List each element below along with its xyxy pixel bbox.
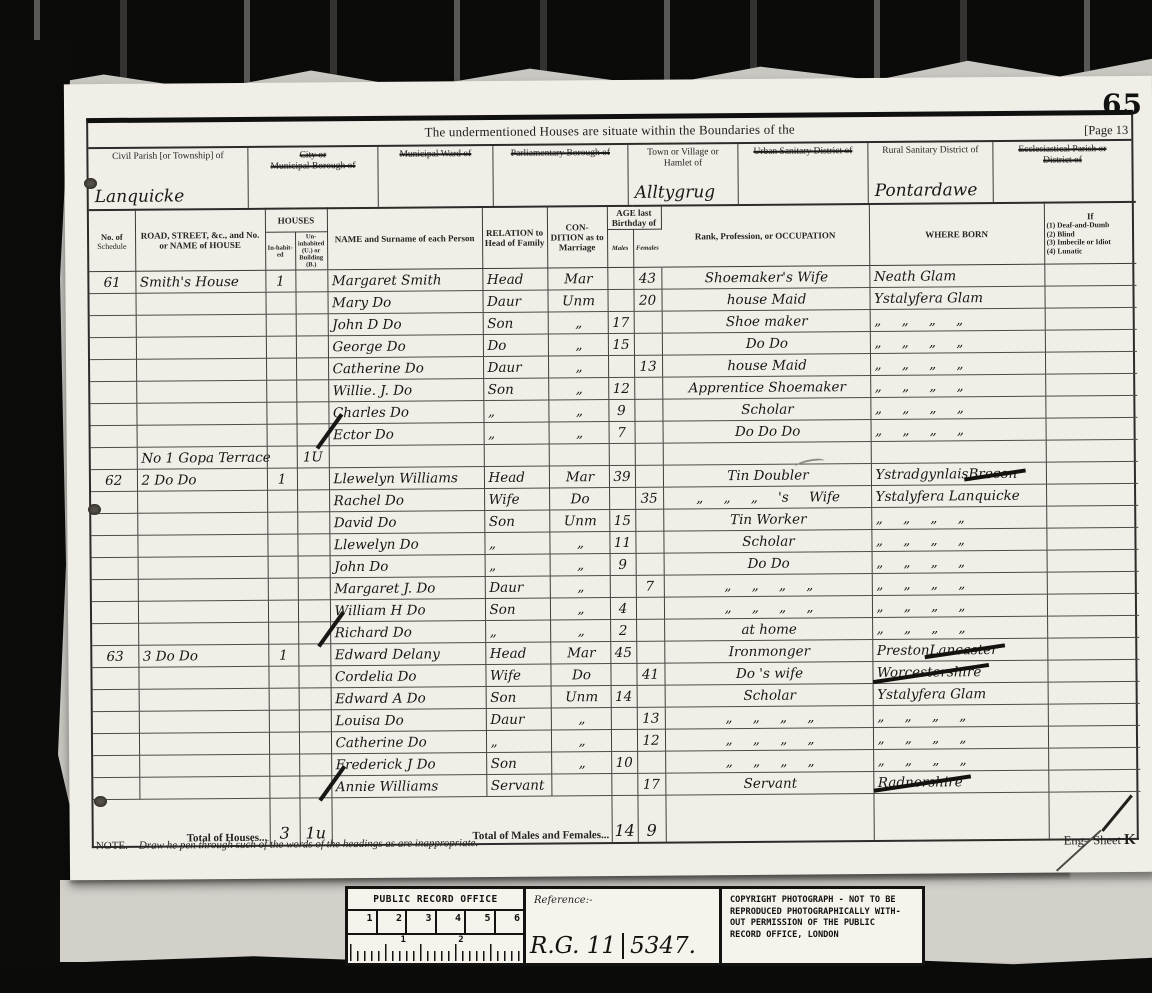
cell-occupation: Scholar — [662, 397, 870, 421]
cell-schedule-number — [92, 557, 138, 579]
cell-where-born: Ystradgynlais Brecon — [871, 462, 1046, 485]
census-form-paper: The undermentioned Houses are situate wi… — [64, 76, 1152, 881]
copyright-line: COPYRIGHT PHOTOGRAPH - NOT TO BE — [730, 895, 918, 907]
cell-age-female: 13 — [634, 355, 662, 377]
cell-occupation: Do 's wife — [664, 661, 872, 685]
sheet-label: Eng– Sheet K — [1064, 832, 1136, 850]
hole-punch — [84, 178, 97, 189]
cell-relation: Son — [484, 510, 549, 533]
cell-where-born: Ystalyfera Glam — [873, 682, 1048, 705]
cell-inhabited — [269, 710, 299, 732]
cell-occupation: „ „ „ „ — [665, 749, 873, 773]
cell-occupation: house Maid — [662, 287, 870, 311]
cell-road-street — [138, 622, 268, 645]
cell-name: George Do — [328, 335, 483, 358]
census-table: No. of Schedule ROAD, STREET, &c., and N… — [89, 201, 1141, 846]
cell-age-male: 4 — [610, 597, 636, 619]
cell-where-born — [871, 440, 1046, 463]
census-form: The undermentioned Houses are situate wi… — [86, 110, 1139, 848]
cell-age-female — [634, 333, 662, 355]
cell-age-male: 9 — [610, 553, 636, 575]
cell-name: Catherine Do — [328, 357, 483, 380]
cell-relation: Daur — [483, 356, 548, 379]
cell-occupation: Ironmonger — [664, 639, 872, 663]
district-label: Parliamentary Borough of — [493, 148, 627, 160]
header-uninhabited: Un-inhabited (U.) or Building (B.) — [295, 232, 327, 270]
cell-age-female: 17 — [637, 773, 665, 795]
cell-relation: Son — [483, 312, 548, 335]
cell-age-female — [634, 377, 662, 399]
copyright-line: REPRODUCED PHOTOGRAPHICALLY WITH- — [730, 907, 918, 919]
cell-road-street: No 1 Gopa Terrace — [137, 446, 267, 469]
cell-where-born: „ „ „ „ — [870, 396, 1045, 419]
cell-relation: „ — [485, 620, 550, 643]
cell-age-female: 7 — [636, 575, 664, 597]
cell-age-male: 10 — [611, 751, 637, 773]
header-females: Females — [633, 229, 661, 267]
header-occupation: Rank, Profession, or OCCUPATION — [661, 204, 869, 267]
public-record-office-stamp: PUBLIC RECORD OFFICE 123456 12 Reference… — [345, 886, 925, 966]
cell-condition: „ — [548, 356, 608, 378]
cell-condition: Mar — [550, 642, 610, 664]
cell-condition: „ — [549, 532, 609, 554]
cell-inhabited — [268, 622, 298, 644]
cell-schedule-number — [91, 535, 137, 557]
copyright-line: OUT PERMISSION OF THE PUBLIC — [730, 918, 918, 930]
district-handwritten-value — [1000, 199, 1130, 200]
cell-occupation: Do Do Do — [663, 419, 871, 443]
cell-infirmities — [1045, 329, 1137, 352]
cell-where-born: „ „ „ „ — [870, 330, 1045, 353]
cell-schedule-number — [91, 425, 137, 447]
cell-inhabited: 1 — [268, 644, 298, 666]
cell-inhabited — [267, 490, 297, 512]
cell-infirmities — [1046, 417, 1138, 440]
cell-inhabited — [266, 402, 296, 424]
cell-inhabited — [269, 754, 299, 776]
cell-name: Ector Do — [329, 423, 484, 446]
district-handwritten-value — [385, 204, 491, 205]
cell-schedule-number — [91, 513, 137, 535]
cell-relation: Head — [482, 268, 547, 291]
cell-inhabited — [269, 732, 299, 754]
cell-age-male — [610, 663, 636, 685]
cell-condition: „ — [551, 708, 611, 730]
cell-road-street — [139, 732, 269, 755]
cell-name: Mary Do — [327, 291, 482, 314]
cell-infirmities — [1048, 769, 1140, 792]
cell-name: Llewelyn Williams — [329, 467, 484, 490]
cell-inhabited — [268, 600, 298, 622]
cell-age-female — [634, 311, 662, 333]
cell-age-male: 15 — [608, 333, 634, 355]
cell-where-born: „ „ „ „ — [872, 550, 1047, 573]
cell-infirmities — [1046, 505, 1138, 528]
cell-occupation: Shoe maker — [662, 309, 870, 333]
reference-number: R.G. 11 5347. — [530, 933, 696, 959]
cell-where-born: Neath Glam — [869, 264, 1044, 287]
cell-age-female — [636, 619, 664, 641]
district-label: Urban Sanitary District of — [738, 146, 867, 158]
cell-occupation: „ „ „ „ — [664, 595, 872, 619]
cell-occupation: Tin Worker — [663, 507, 871, 531]
cell-occupation: „ „ „ „ — [664, 573, 872, 597]
pro-reference: Reference:- R.G. 11 5347. — [526, 889, 722, 963]
district-label: District of — [993, 155, 1131, 167]
cell-where-born: Worcestershire — [872, 660, 1047, 683]
cell-age-male: 11 — [609, 531, 635, 553]
cell-road-street — [139, 754, 269, 777]
cell-relation: Son — [486, 686, 551, 709]
district-header-cell: Civil Parish [or Township] of Lanquicke — [88, 148, 248, 209]
cell-inhabited — [268, 578, 298, 600]
cell-road-street: Smith's House — [135, 270, 265, 293]
cell-age-female — [635, 443, 663, 465]
cell-schedule-number — [92, 667, 138, 689]
cell-condition: „ — [550, 554, 610, 576]
cell-inhabited — [268, 556, 298, 578]
header-relation: RELATION to Head of Family — [482, 207, 547, 269]
cell-condition: „ — [548, 400, 608, 422]
cell-condition: Unm — [547, 290, 607, 312]
cell-where-born: „ „ „ „ — [870, 308, 1045, 331]
cell-relation: Do — [483, 334, 548, 357]
cell-age-male — [611, 707, 637, 729]
cell-schedule-number — [93, 689, 139, 711]
cell-age-female: 43 — [633, 267, 661, 289]
cell-relation: Son — [486, 752, 551, 775]
cell-road-street — [139, 688, 269, 711]
cell-relation: Head — [485, 642, 550, 665]
cell-age-male: 7 — [609, 421, 635, 443]
cell-road-street — [137, 534, 267, 557]
cell-name: Louisa Do — [331, 709, 486, 732]
cell-name: Catherine Do — [331, 731, 486, 754]
footnote: NOTE.—Draw he pen through such of the wo… — [96, 837, 479, 857]
cell-inhabited — [269, 688, 299, 710]
cell-age-male: 15 — [609, 509, 635, 531]
cell-condition: „ — [550, 576, 610, 598]
district-handwritten-value — [745, 201, 866, 202]
cell-inhabited — [267, 424, 297, 446]
cell-condition: Do — [550, 664, 610, 686]
cell-infirmities — [1047, 637, 1139, 660]
cell-infirmities — [1047, 571, 1139, 594]
cell-road-street — [138, 578, 268, 601]
cell-uninhabited — [299, 688, 331, 710]
cell-infirmities — [1045, 351, 1137, 374]
header-where-born: WHERE BORN — [869, 203, 1044, 266]
cell-road-street — [137, 490, 267, 513]
reference-label: Reference:- — [534, 895, 592, 906]
cell-infirmities — [1045, 373, 1137, 396]
cell-occupation: Apprentice Shoemaker — [662, 375, 870, 399]
district-handwritten-value: Lanquicke — [95, 186, 246, 207]
cell-where-born: Ystalyfera Lanquicke — [871, 484, 1046, 507]
cell-age-female — [637, 751, 665, 773]
cell-age-female — [636, 553, 664, 575]
cell-where-born: Ystalyfera Glam — [869, 286, 1044, 309]
cell-schedule-number — [90, 359, 136, 381]
cell-schedule-number: 62 — [91, 469, 137, 491]
cell-uninhabited — [296, 314, 328, 336]
pro-title: PUBLIC RECORD OFFICE — [348, 889, 523, 911]
cell-age-male: 2 — [610, 619, 636, 641]
cell-relation: Head — [484, 466, 549, 489]
cell-condition: „ — [548, 334, 608, 356]
cell-occupation: Servant — [665, 771, 873, 795]
cell-where-born: Preston Lancaster — [872, 638, 1047, 661]
header-name: NAME and Surname of each Person — [327, 207, 482, 270]
cell-uninhabited — [296, 336, 328, 358]
cell-infirmities — [1044, 285, 1136, 308]
district-header: Civil Parish [or Township] of Lanquicke … — [88, 139, 1131, 209]
cell-age-male: 39 — [609, 465, 635, 487]
copyright-line: RECORD OFFICE, LONDON — [730, 930, 918, 942]
cell-schedule-number — [90, 403, 136, 425]
cell-age-male: 12 — [608, 377, 634, 399]
header-houses: HOUSES — [265, 208, 327, 232]
cell-relation: Servant — [486, 774, 551, 797]
cell-name: Rachel Do — [329, 489, 484, 512]
district-label: Rural Sanitary District of — [868, 145, 992, 157]
district-label: Hamlet of — [628, 158, 737, 170]
cell-name: Margaret Smith — [327, 269, 482, 292]
cell-age-male — [611, 729, 637, 751]
cell-inhabited — [265, 292, 295, 314]
cell-inhabited — [266, 358, 296, 380]
cell-relation: „ — [485, 554, 550, 577]
cell-inhabited — [266, 380, 296, 402]
cell-schedule-number: 63 — [92, 645, 138, 667]
cell-where-born: „ „ „ „ — [871, 418, 1046, 441]
cell-condition: „ — [548, 312, 608, 334]
header-infirmities: If (1) Deaf-and-Dumb (2) Blind (3) Imbec… — [1044, 202, 1136, 264]
cell-road-street — [139, 776, 269, 799]
cell-condition: „ — [550, 620, 610, 642]
cell-where-born: „ „ „ „ — [871, 528, 1046, 551]
cell-uninhabited — [299, 710, 331, 732]
cell-name: Llewelyn Do — [329, 533, 484, 556]
cell-age-female — [635, 421, 663, 443]
district-header-cell: Town or Village or Hamlet of Alltygrug — [628, 144, 738, 205]
cell-uninhabited — [298, 578, 330, 600]
cell-infirmities — [1048, 725, 1140, 748]
cell-condition: Mar — [547, 268, 607, 290]
cell-where-born: „ „ „ „ — [870, 352, 1045, 375]
district-header-cell: Ecclesiastical Parish or District of — [993, 141, 1131, 202]
cell-uninhabited — [298, 644, 330, 666]
cell-infirmities — [1048, 703, 1140, 726]
cell-age-female — [635, 531, 663, 553]
cell-uninhabited — [299, 754, 331, 776]
scanned-census-page: The undermentioned Houses are situate wi… — [0, 0, 1152, 993]
total-houses-inhabited: 3 — [269, 798, 299, 844]
cell-occupation: „ „ „ „ — [665, 727, 873, 751]
cell-infirmities — [1046, 439, 1138, 462]
cell-where-born: „ „ „ „ — [873, 704, 1048, 727]
cell-condition: „ — [549, 422, 609, 444]
district-handwritten-value: Pontardawe — [875, 180, 991, 201]
cell-road-street: 3 Do Do — [138, 644, 268, 667]
census-rows: 61 Smith's House 1 Margaret Smith Head M… — [89, 263, 1140, 799]
cell-inhabited — [267, 512, 297, 534]
cell-name — [329, 445, 484, 468]
cell-condition: Do — [549, 488, 609, 510]
cell-where-born: „ „ „ „ — [870, 374, 1045, 397]
cell-schedule-number — [89, 293, 135, 315]
cell-inhabited: 1 — [267, 468, 297, 490]
cell-infirmities — [1046, 527, 1138, 550]
cell-road-street — [136, 402, 266, 425]
header-age: AGE last Birthday of — [607, 206, 661, 230]
cell-name: William H Do — [330, 599, 485, 622]
cell-uninhabited — [296, 402, 328, 424]
cell-condition: Unm — [549, 510, 609, 532]
total-females: 9 — [637, 795, 665, 841]
total-males: 14 — [611, 795, 637, 841]
cell-age-female: 35 — [635, 487, 663, 509]
cell-name: Margaret J. Do — [330, 577, 485, 600]
cell-road-street — [136, 358, 266, 381]
hole-punch — [94, 796, 107, 807]
cell-where-born: „ „ „ „ — [872, 572, 1047, 595]
cell-age-male — [608, 355, 634, 377]
cell-occupation: house Maid — [662, 353, 870, 377]
cell-condition: „ — [548, 378, 608, 400]
cell-uninhabited — [297, 468, 329, 490]
cell-age-male — [609, 443, 635, 465]
header-road: ROAD, STREET, &c., and No. or NAME of HO… — [135, 209, 265, 272]
cell-infirmities — [1047, 659, 1139, 682]
cell-road-street: 2 Do Do — [137, 468, 267, 491]
cell-where-born: „ „ „ „ — [872, 594, 1047, 617]
cell-relation: „ — [486, 730, 551, 753]
cell-schedule-number — [90, 337, 136, 359]
cell-schedule-number: 61 — [89, 271, 135, 293]
cell-schedule-number — [92, 623, 138, 645]
cell-condition: „ — [551, 730, 611, 752]
cell-schedule-number — [93, 711, 139, 733]
ruler-inch-numbers: 123456 — [348, 911, 523, 935]
census-column-headers: No. of Schedule ROAD, STREET, &c., and N… — [89, 202, 1136, 272]
district-label: Town or Village or — [628, 147, 737, 159]
header-inhabited: In-habit-ed — [265, 232, 295, 270]
cell-name: Cordelia Do — [330, 665, 485, 688]
cell-schedule-number — [92, 579, 138, 601]
district-handwritten-value — [255, 205, 376, 206]
cell-occupation: Tin Doubler — [663, 463, 871, 487]
cell-relation: Wife — [485, 664, 550, 687]
cell-age-female — [635, 509, 663, 531]
cell-infirmities — [1046, 483, 1138, 506]
cell-infirmities — [1046, 461, 1138, 484]
cell-age-male: 17 — [608, 311, 634, 333]
cell-relation: Son — [483, 378, 548, 401]
district-label: Municipal Ward of — [378, 149, 492, 161]
cell-schedule-number — [91, 447, 137, 469]
cell-inhabited — [266, 314, 296, 336]
cell-road-street — [137, 512, 267, 535]
cell-road-street — [136, 336, 266, 359]
cell-age-male — [607, 289, 633, 311]
cell-where-born: „ „ „ „ — [873, 748, 1048, 771]
header-schedule: No. of Schedule — [89, 210, 135, 272]
cell-condition: „ — [550, 598, 610, 620]
cell-inhabited — [268, 666, 298, 688]
cell-uninhabited — [295, 292, 327, 314]
cell-age-male — [609, 487, 635, 509]
district-header-cell: Municipal Ward of — [378, 146, 493, 207]
cell-uninhabited — [299, 732, 331, 754]
cell-age-female: 20 — [633, 289, 661, 311]
cell-occupation — [663, 441, 871, 465]
district-header-cell: City or Municipal Borough of — [248, 147, 378, 208]
cell-occupation: Shoemaker's Wife — [661, 265, 869, 289]
cell-age-female: 12 — [637, 729, 665, 751]
cell-infirmities — [1045, 307, 1137, 330]
cell-occupation: Do Do — [664, 551, 872, 575]
cell-relation: Son — [485, 598, 550, 621]
cell-infirmities — [1048, 747, 1140, 770]
cell-road-street — [138, 666, 268, 689]
cell-infirmities — [1047, 549, 1139, 572]
cell-occupation: „ „ „ 's Wife — [663, 485, 871, 509]
cell-inhabited — [267, 446, 297, 468]
cell-name: Richard Do — [330, 621, 485, 644]
cell-uninhabited — [298, 600, 330, 622]
cell-age-female: 41 — [636, 663, 664, 685]
cell-condition — [551, 774, 611, 796]
cell-age-male — [610, 575, 636, 597]
cell-uninhabited — [296, 358, 328, 380]
cell-relation: „ — [483, 400, 548, 423]
cell-road-street — [136, 380, 266, 403]
cell-name: David Do — [329, 511, 484, 534]
cell-road-street — [137, 424, 267, 447]
cell-occupation: „ „ „ „ — [665, 705, 873, 729]
cell-age-male: 9 — [608, 399, 634, 421]
cell-road-street — [138, 600, 268, 623]
cell-relation: Wife — [484, 488, 549, 511]
cell-condition: Unm — [551, 686, 611, 708]
cell-road-street — [136, 314, 266, 337]
cell-infirmities — [1047, 593, 1139, 616]
cell-condition: Mar — [549, 466, 609, 488]
cell-road-street — [135, 292, 265, 315]
cell-inhabited — [266, 336, 296, 358]
district-header-cell: Rural Sanitary District of Pontardawe — [868, 142, 993, 203]
cell-uninhabited: 1U — [297, 446, 329, 468]
district-header-cell: Urban Sanitary District of — [738, 143, 868, 204]
cell-name: Charles Do — [328, 401, 483, 424]
cell-name: Frederick J Do — [331, 753, 486, 776]
ruler-fine-ticks: 12 — [348, 935, 523, 963]
cell-schedule-number — [93, 733, 139, 755]
cell-infirmities — [1047, 615, 1139, 638]
header-males: Males — [607, 229, 633, 267]
district-label: Civil Parish [or Township] of — [88, 151, 247, 163]
cell-age-female — [637, 685, 665, 707]
cell-name: Edward A Do — [331, 687, 486, 710]
header-infirmities-list: (1) Deaf-and-Dumb (2) Blind (3) Imbecile… — [1046, 221, 1134, 256]
cell-where-born: „ „ „ „ — [872, 616, 1047, 639]
cell-infirmities — [1048, 681, 1140, 704]
cell-age-male — [611, 773, 637, 795]
cell-inhabited — [267, 534, 297, 556]
cell-name: Edward Delany — [330, 643, 485, 666]
cell-condition — [549, 444, 609, 466]
